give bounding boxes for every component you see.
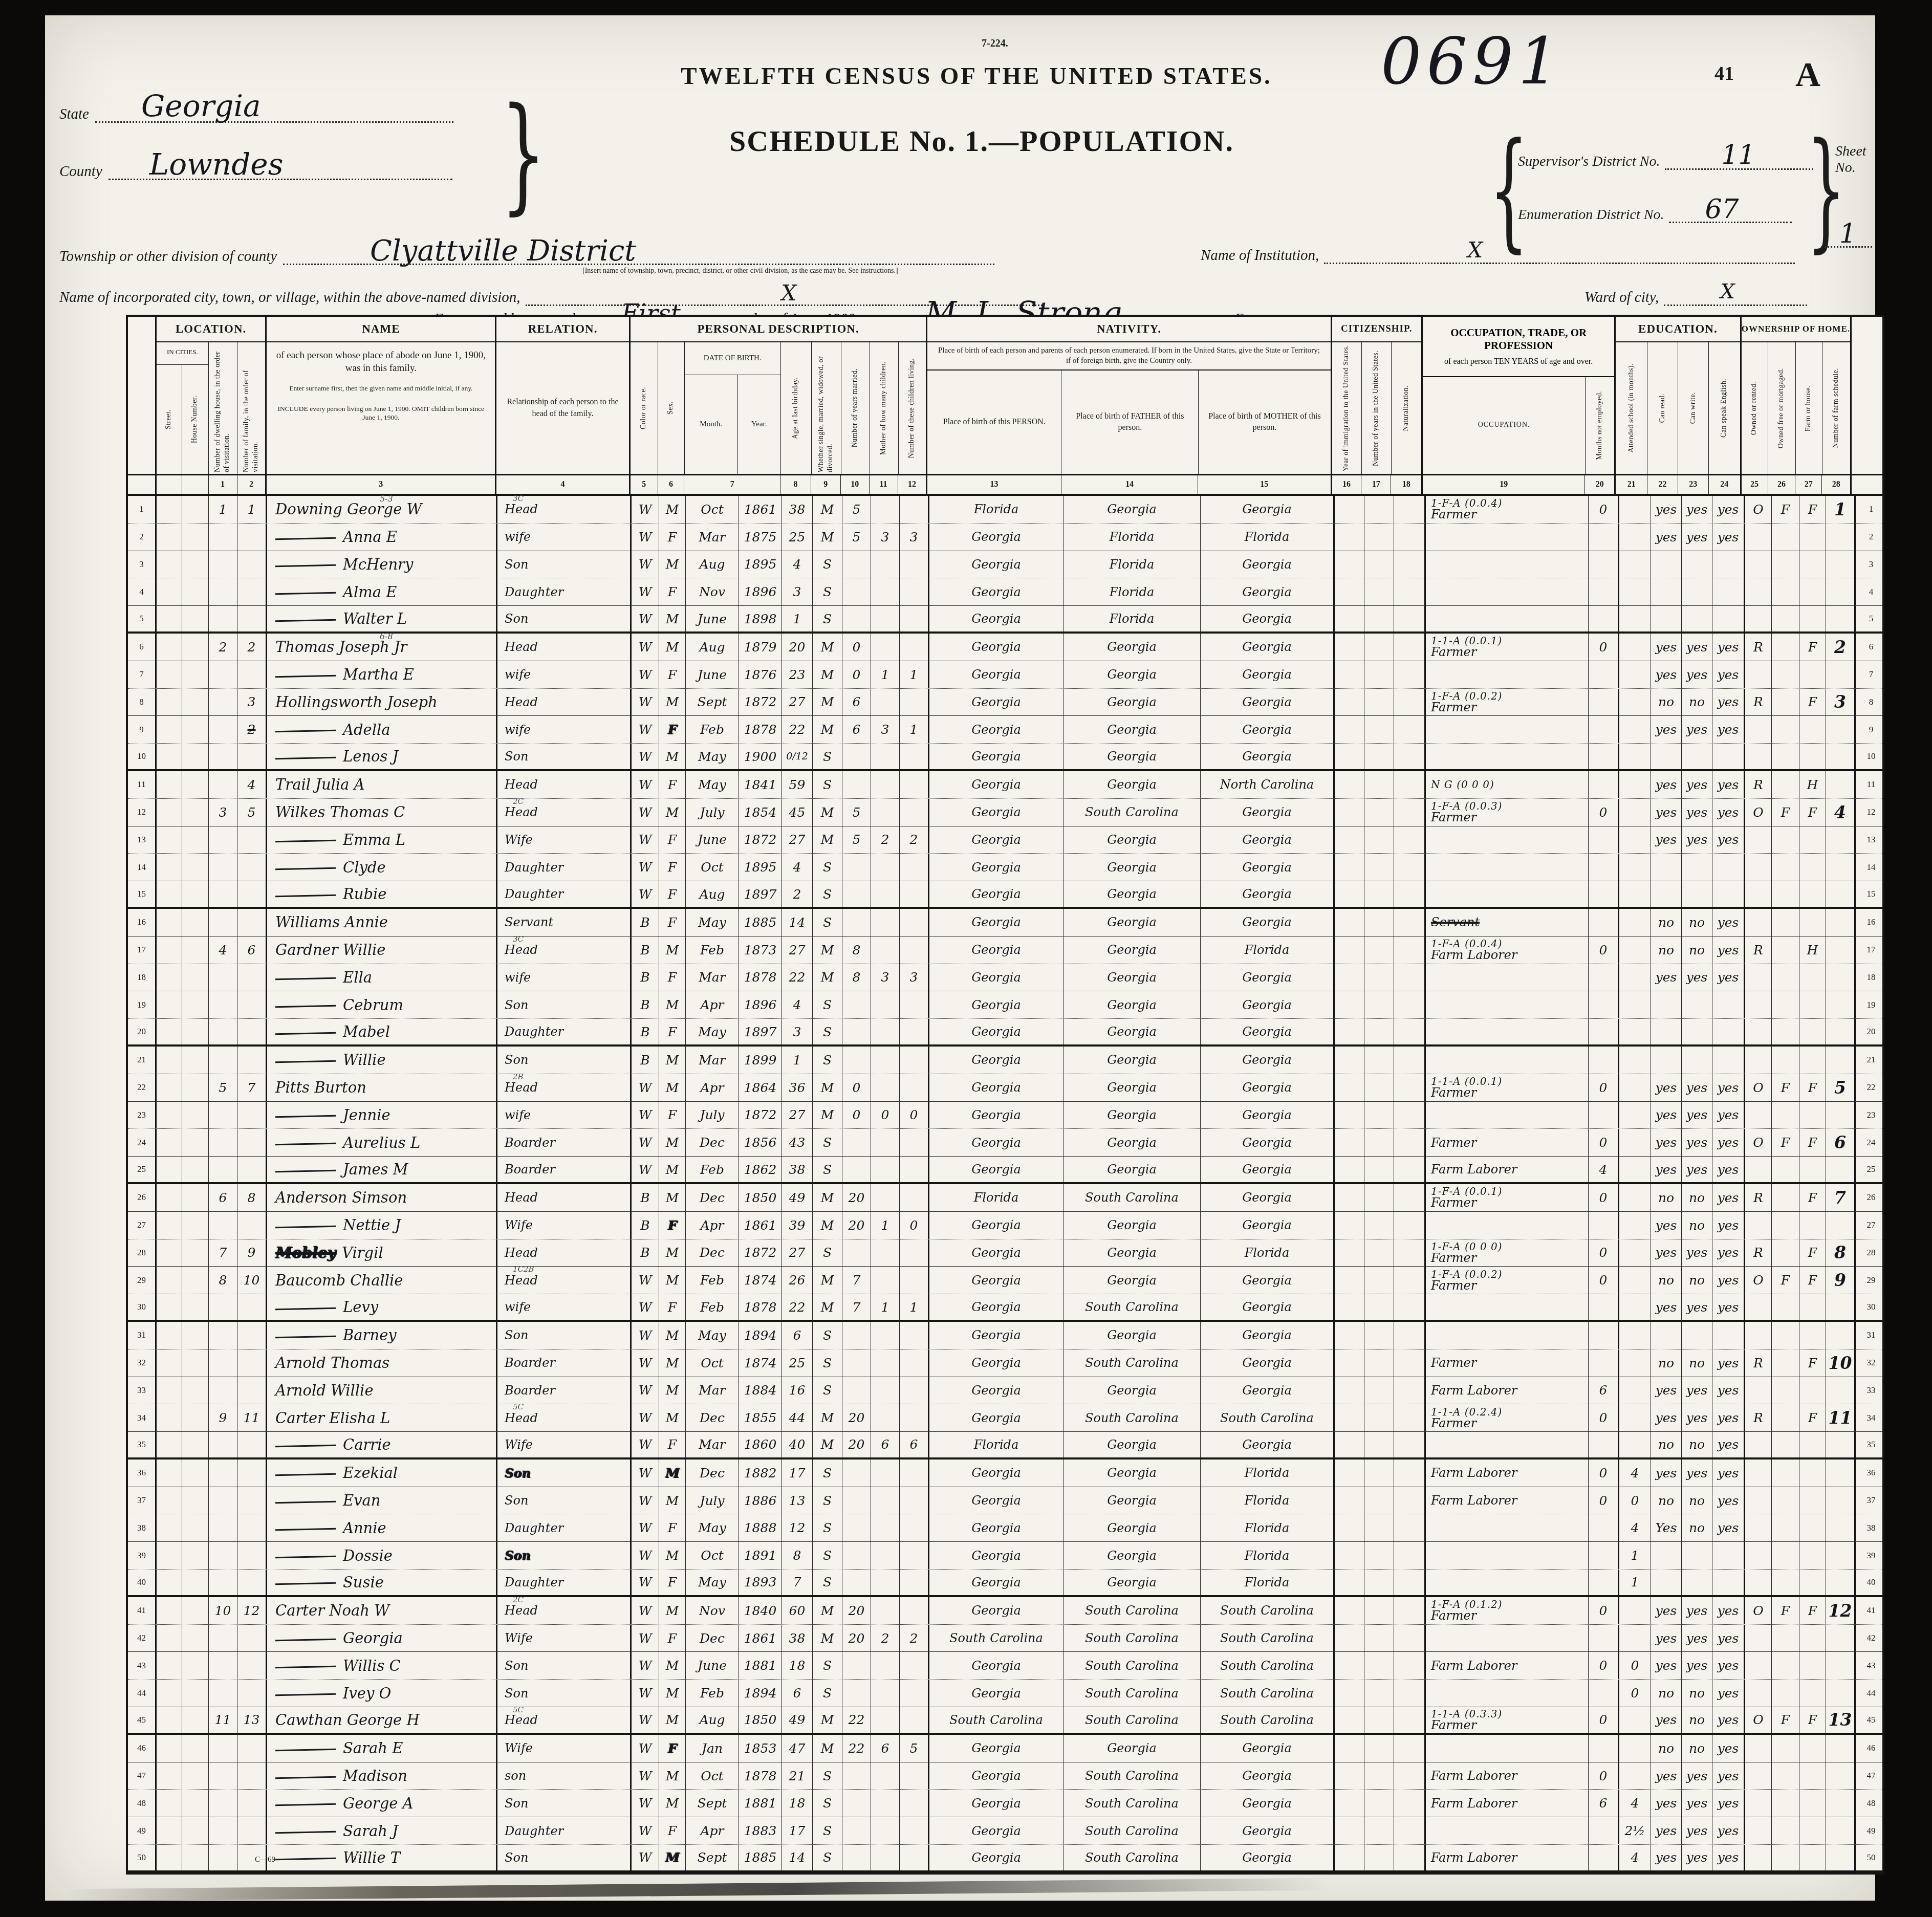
- column-number-20: 20: [1585, 475, 1616, 494]
- cell-attended-school: [1619, 1212, 1651, 1239]
- cell-owned-free-mortgaged: [1772, 1239, 1799, 1267]
- cell-pob-mother: South Carolina: [1201, 1652, 1335, 1679]
- cell-name: Pitts Burton: [267, 1074, 497, 1101]
- cell-can-read: no: [1651, 1487, 1682, 1514]
- cell-marital: M: [813, 689, 842, 716]
- cell-name: Barney: [267, 1322, 497, 1349]
- cell-age: 22: [782, 716, 813, 743]
- cell-relation: Son: [497, 1047, 632, 1074]
- cell-birth-month: Feb: [686, 1157, 739, 1182]
- cell-sex: M: [659, 1790, 686, 1817]
- cell-attended-school: [1619, 964, 1651, 991]
- row-number-right: 18: [1856, 964, 1886, 991]
- cell-birth-year: 1861: [739, 1625, 782, 1652]
- cell-pob-father: South Carolina: [1063, 1597, 1201, 1624]
- col-house-number: House Number.: [190, 396, 200, 443]
- cell-family: [237, 1652, 267, 1679]
- cell-marital: M: [813, 964, 842, 991]
- cell-can-read: yes: [1651, 1817, 1682, 1844]
- cell-marital: M: [813, 1625, 842, 1652]
- cell-owned-free-mortgaged: F: [1772, 799, 1799, 826]
- cell-years-in-us: [1364, 1184, 1394, 1211]
- cell-marital: M: [813, 936, 842, 964]
- row-number-left: 40: [128, 1570, 157, 1595]
- cell-owned-free-mortgaged: [1772, 1294, 1799, 1320]
- cell-dwelling: 2: [209, 634, 237, 661]
- table-row: 40SusieDaughterWFMay18937SGeorgiaGeorgia…: [128, 1570, 1882, 1597]
- cell-owned-free-mortgaged: [1772, 1349, 1799, 1377]
- cell-dwelling: 11: [209, 1707, 237, 1733]
- cell-months-not-employed: [1589, 1432, 1619, 1457]
- cell-name: Annie: [267, 1514, 497, 1541]
- cell-pob-mother: Georgia: [1201, 1129, 1335, 1156]
- cell-marital: M: [813, 1404, 842, 1431]
- cell-mother-of: [871, 771, 900, 798]
- column-number-27: 27: [1795, 475, 1822, 494]
- group-personal: PERSONAL DESCRIPTION. Color or race. Sex…: [631, 317, 928, 474]
- cell-name: Arnold Willie: [267, 1377, 497, 1404]
- cell-can-speak-english: yes: [1712, 1735, 1745, 1762]
- table-row: 20MabelDaughterBFMay18973SGeorgiaGeorgia…: [128, 1019, 1882, 1047]
- cell-relation: Head: [497, 689, 632, 716]
- cell-occupation: Farm Laborer: [1426, 1790, 1589, 1817]
- cell-months-not-employed: 6: [1589, 1377, 1619, 1404]
- cell-birth-year: 1873: [739, 936, 782, 964]
- cell-color: W: [632, 578, 659, 605]
- row-number-left: 10: [128, 744, 157, 769]
- cell-years-married: 22: [842, 1735, 871, 1762]
- cell-dwelling: [209, 1817, 237, 1844]
- row-number-right: 47: [1856, 1762, 1886, 1790]
- row-number-left: 28: [128, 1239, 157, 1267]
- cell-age: 1: [782, 1047, 813, 1074]
- cell-children-living: [900, 1019, 929, 1044]
- cell-months-not-employed: [1589, 854, 1619, 881]
- cell-color: W: [632, 771, 659, 798]
- row-number-left: 9: [128, 716, 157, 743]
- cell-owned-free-mortgaged: [1772, 1680, 1799, 1707]
- cell-owned-free-mortgaged: [1772, 1184, 1799, 1211]
- cell-pob-person: Florida: [929, 1432, 1063, 1457]
- cell-occupation: N G (0 0 0): [1426, 771, 1589, 798]
- cell-color: B: [632, 991, 659, 1018]
- cell-months-not-employed: [1589, 744, 1619, 769]
- table-header: LOCATION. IN CITIES. Street. House Numbe…: [128, 317, 1882, 475]
- cell-owned-rented: [1745, 964, 1772, 991]
- cell-street: [157, 1294, 182, 1320]
- cell-can-write: yes: [1682, 1129, 1712, 1156]
- cell-farm-or-house: [1799, 744, 1826, 769]
- cell-occupation: 1-F-A (0.0.4)Farm Laborer: [1426, 936, 1589, 964]
- cell-can-write: no: [1682, 1487, 1712, 1514]
- cell-months-not-employed: [1589, 1514, 1619, 1541]
- cell-pob-mother: Georgia: [1201, 854, 1335, 881]
- cell-sex: F: [659, 909, 686, 936]
- cell-pob-father: South Carolina: [1063, 1294, 1201, 1320]
- cell-immigration-year: [1335, 991, 1364, 1018]
- cell-family: [237, 1817, 267, 1844]
- cell-mother-of: [871, 936, 900, 964]
- cell-immigration-year: [1335, 936, 1364, 964]
- cell-years-married: [842, 1790, 871, 1817]
- column-number-12: 12: [898, 475, 928, 494]
- cell-children-living: 1: [900, 716, 929, 743]
- row-number-left: 11: [128, 771, 157, 798]
- cell-pob-person: Georgia: [929, 854, 1063, 881]
- table-row: 29810Baucomb Challie1C2BHeadWMFeb187426M…: [128, 1267, 1882, 1294]
- cell-years-in-us: [1364, 689, 1394, 716]
- cell-years-married: [842, 1652, 871, 1679]
- cell-birth-year: 1878: [739, 716, 782, 743]
- cell-marital: M: [813, 1102, 842, 1129]
- cell-farm-or-house: [1799, 1817, 1826, 1844]
- cell-owned-free-mortgaged: [1772, 1377, 1799, 1404]
- cell-street: [157, 1184, 182, 1211]
- cell-house: [182, 936, 209, 964]
- cell-pob-mother: Georgia: [1201, 578, 1335, 605]
- cell-occupation: Servant: [1426, 909, 1589, 936]
- cell-occupation: [1426, 744, 1589, 769]
- row-number-right: 39: [1856, 1542, 1886, 1569]
- cell-house: [182, 1019, 209, 1044]
- cell-pob-mother: Georgia: [1201, 909, 1335, 936]
- census-scan-page: { "form_code": "7-224.", "title": "TWELF…: [0, 0, 1932, 1917]
- cell-pob-mother: North Carolina: [1201, 771, 1335, 798]
- cell-can-speak-english: yes: [1712, 496, 1745, 523]
- row-number-left: 45: [128, 1707, 157, 1733]
- cell-relation: 5CHead: [497, 1707, 632, 1733]
- cell-birth-month: Feb: [686, 1267, 739, 1294]
- cell-attended-school: 0: [1619, 1680, 1651, 1707]
- cell-pob-person: Georgia: [929, 1487, 1063, 1514]
- cell-naturalization: [1394, 578, 1426, 605]
- cell-birth-year: 1883: [739, 1817, 782, 1844]
- cell-years-in-us: [1364, 1212, 1394, 1239]
- cell-owned-rented: O: [1745, 496, 1772, 523]
- cell-name: Evan: [267, 1487, 497, 1514]
- col-marital-status: Whether single, married, widowed, or div…: [817, 344, 835, 472]
- cell-years-in-us: [1364, 991, 1394, 1018]
- cell-can-speak-english: [1712, 881, 1745, 907]
- table-row: 6226-8Thomas Joseph JrHeadWMAug187920M0G…: [128, 634, 1882, 661]
- cell-farm-schedule: 3: [1826, 689, 1856, 716]
- cell-age: 26: [782, 1267, 813, 1294]
- cell-name: McHenry: [267, 551, 497, 578]
- cell-age: 43: [782, 1129, 813, 1156]
- cell-immigration-year: [1335, 1047, 1364, 1074]
- cell-can-read: yes: [1651, 524, 1682, 551]
- relation-desc: Relationship of each person to the head …: [506, 397, 619, 420]
- cell-relation: Boarder: [497, 1157, 632, 1182]
- cell-sex: M: [659, 1184, 686, 1211]
- cell-children-living: [900, 1322, 929, 1349]
- cell-occupation: [1426, 1542, 1589, 1569]
- cell-mother-of: 0: [871, 1102, 900, 1129]
- cell-children-living: [900, 799, 929, 826]
- cell-street: [157, 1707, 182, 1733]
- cell-pob-father: South Carolina: [1063, 1707, 1201, 1733]
- cell-family: [237, 1570, 267, 1595]
- cell-birth-year: 1878: [739, 1294, 782, 1320]
- cell-mother-of: [871, 799, 900, 826]
- cell-birth-year: 1891: [739, 1542, 782, 1569]
- cell-can-read: yes: [1651, 1404, 1682, 1431]
- cell-owned-rented: [1745, 881, 1772, 907]
- cell-birth-month: Mar: [686, 964, 739, 991]
- cell-farm-or-house: [1799, 1294, 1826, 1320]
- cell-family: [237, 1542, 267, 1569]
- cell-years-married: [842, 1570, 871, 1595]
- cell-marital: S: [813, 1817, 842, 1844]
- cell-name: Anna E: [267, 524, 497, 551]
- table-row: 1115-3Downing George W3CHeadWMOct186138M…: [128, 496, 1882, 524]
- column-number-1: 1: [209, 475, 237, 494]
- cell-years-married: 20: [842, 1597, 871, 1624]
- cell-pob-father: Georgia: [1063, 1157, 1201, 1182]
- row-number-left: 27: [128, 1212, 157, 1239]
- cell-relation: Son: [497, 606, 632, 631]
- cell-family: [237, 991, 267, 1018]
- row-number-left: 37: [128, 1487, 157, 1514]
- cell-street: [157, 1349, 182, 1377]
- row-number-right: 46: [1856, 1735, 1886, 1762]
- cell-naturalization: [1394, 1047, 1426, 1074]
- cell-birth-year: 1856: [739, 1129, 782, 1156]
- cell-can-read: yes: [1651, 1239, 1682, 1267]
- cell-mother-of: [871, 1019, 900, 1044]
- cell-pob-person: Florida: [929, 496, 1063, 523]
- cell-occupation: [1426, 716, 1589, 743]
- cell-name: Alma E: [267, 578, 497, 605]
- cell-family: [237, 1102, 267, 1129]
- cell-street: [157, 716, 182, 743]
- row-number-right: 48: [1856, 1790, 1886, 1817]
- row-number-left: 34: [128, 1404, 157, 1431]
- column-number-22: 22: [1647, 475, 1678, 494]
- row-number-right: 16: [1856, 909, 1886, 936]
- cell-years-married: [842, 991, 871, 1018]
- cell-house: [182, 1157, 209, 1182]
- row-number-left: 32: [128, 1349, 157, 1377]
- cell-pob-father: South Carolina: [1063, 1652, 1201, 1679]
- cell-name: Dossie: [267, 1542, 497, 1569]
- row-number-right: 38: [1856, 1514, 1886, 1541]
- cell-mother-of: [871, 1074, 900, 1101]
- cell-years-married: 6: [842, 716, 871, 743]
- cell-years-married: 7: [842, 1267, 871, 1294]
- institution-label: Name of Institution,: [1201, 247, 1319, 264]
- cell-can-read: [1651, 1542, 1682, 1569]
- cell-owned-rented: R: [1745, 1349, 1772, 1377]
- cell-attended-school: [1619, 936, 1651, 964]
- cell-owned-free-mortgaged: [1772, 1652, 1799, 1679]
- row-number-left: 33: [128, 1377, 157, 1404]
- cell-age: 27: [782, 936, 813, 964]
- cell-naturalization: [1394, 1267, 1426, 1294]
- col-birth-month: Month.: [685, 375, 738, 474]
- cell-dwelling: [209, 771, 237, 798]
- cell-months-not-employed: 0: [1589, 1404, 1619, 1431]
- cell-immigration-year: [1335, 1735, 1364, 1762]
- cell-street: [157, 661, 182, 688]
- cell-months-not-employed: [1589, 771, 1619, 798]
- cell-dwelling: [209, 991, 237, 1018]
- cell-sex: M: [659, 1267, 686, 1294]
- cell-relation: Son: [497, 744, 632, 769]
- table-row: 38AnnieDaughterWFMay188812SGeorgiaGeorgi…: [128, 1514, 1882, 1542]
- cell-occupation: [1426, 854, 1589, 881]
- cell-pob-mother: Georgia: [1201, 1267, 1335, 1294]
- cell-can-speak-english: [1712, 991, 1745, 1018]
- cell-family: [237, 1790, 267, 1817]
- table-row: 2257Pitts Burton2BHeadWMApr186436M0Georg…: [128, 1074, 1882, 1102]
- cell-owned-free-mortgaged: F: [1772, 1074, 1799, 1101]
- cell-birth-month: Nov: [686, 1597, 739, 1624]
- cell-family: [237, 1322, 267, 1349]
- cell-can-write: no: [1682, 1735, 1712, 1762]
- cell-street: [157, 799, 182, 826]
- cell-birth-month: Dec: [686, 1459, 739, 1487]
- cell-birth-month: Mar: [686, 1377, 739, 1404]
- cell-pob-person: Georgia: [929, 936, 1063, 964]
- cell-owned-rented: R: [1745, 1239, 1772, 1267]
- cell-months-not-employed: 0: [1589, 1762, 1619, 1790]
- cell-sex: M: [659, 1459, 686, 1487]
- cell-months-not-employed: [1589, 1817, 1619, 1844]
- cell-years-married: [842, 1680, 871, 1707]
- col-farm-or-house: Farm or house.: [1804, 385, 1813, 431]
- cell-farm-or-house: [1799, 1102, 1826, 1129]
- cell-naturalization: [1394, 1239, 1426, 1267]
- cell-children-living: [900, 1542, 929, 1569]
- cell-pob-mother: Florida: [1201, 1542, 1335, 1569]
- cell-immigration-year: [1335, 1377, 1364, 1404]
- cell-immigration-year: [1335, 1817, 1364, 1844]
- cell-house: [182, 689, 209, 716]
- cell-occupation: [1426, 1817, 1589, 1844]
- cell-farm-schedule: 7: [1826, 1184, 1856, 1211]
- cell-name: Arnold Thomas: [267, 1349, 497, 1377]
- cell-owned-rented: [1745, 826, 1772, 854]
- cell-relation: wife: [497, 964, 632, 991]
- cell-pob-father: Florida: [1063, 524, 1201, 551]
- cell-years-in-us: [1364, 1570, 1394, 1595]
- cell-years-in-us: [1364, 1735, 1394, 1762]
- cell-pob-mother: Georgia: [1201, 1294, 1335, 1320]
- cell-street: [157, 1790, 182, 1817]
- cell-pob-father: South Carolina: [1063, 1762, 1201, 1790]
- cell-can-speak-english: yes: [1712, 1459, 1745, 1487]
- cell-sex: F: [659, 826, 686, 854]
- township-note: [Insert name of township, town, precinct…: [582, 267, 898, 275]
- cell-street: [157, 1432, 182, 1457]
- cell-can-write: yes: [1682, 1817, 1712, 1844]
- group-citizenship-title: CITIZENSHIP.: [1332, 317, 1422, 342]
- cell-years-married: [842, 578, 871, 605]
- cell-attended-school: [1619, 1404, 1651, 1431]
- cell-immigration-year: [1335, 524, 1364, 551]
- cell-owned-free-mortgaged: [1772, 551, 1799, 578]
- cell-immigration-year: [1335, 909, 1364, 936]
- cell-age: 27: [782, 826, 813, 854]
- cell-naturalization: [1394, 1817, 1426, 1844]
- census-sheet: 7-224. TWELFTH CENSUS OF THE UNITED STAT…: [45, 15, 1875, 1901]
- cell-farm-or-house: F: [1799, 1349, 1826, 1377]
- cell-birth-year: 1885: [739, 1845, 782, 1870]
- cell-birth-month: June: [686, 661, 739, 688]
- cell-age: 59: [782, 771, 813, 798]
- cell-pob-mother: South Carolina: [1201, 1680, 1335, 1707]
- cell-months-not-employed: 0: [1589, 1707, 1619, 1733]
- col-occupation: OCCUPATION.: [1423, 377, 1586, 474]
- cell-immigration-year: [1335, 964, 1364, 991]
- cell-pob-person: Georgia: [929, 1047, 1063, 1074]
- cell-house: [182, 606, 209, 631]
- cell-children-living: [900, 1239, 929, 1267]
- cell-house: [182, 1294, 209, 1320]
- cell-street: [157, 1267, 182, 1294]
- cell-owned-rented: [1745, 1652, 1772, 1679]
- cell-pob-mother: South Carolina: [1201, 1707, 1335, 1733]
- cell-age: 18: [782, 1790, 813, 1817]
- cell-owned-rented: [1745, 551, 1772, 578]
- cell-pob-person: Georgia: [929, 1404, 1063, 1431]
- cell-can-speak-english: [1712, 551, 1745, 578]
- cell-dwelling: 3: [209, 799, 237, 826]
- cell-can-read: [1651, 1047, 1682, 1074]
- cell-color: W: [632, 1157, 659, 1182]
- cell-attended-school: 1: [1619, 1570, 1651, 1595]
- cell-years-in-us: [1364, 1267, 1394, 1294]
- cell-pob-father: Georgia: [1063, 991, 1201, 1018]
- col-dwelling-number: Number of dwelling house, in the order o…: [213, 344, 232, 472]
- cell-years-in-us: [1364, 854, 1394, 881]
- cell-mother-of: [871, 496, 900, 523]
- cell-farm-or-house: F: [1799, 1184, 1826, 1211]
- cell-immigration-year: [1335, 689, 1364, 716]
- col-years-in-us: Number of years in the United States.: [1372, 351, 1381, 466]
- cell-marital: S: [813, 1514, 842, 1541]
- cell-house: [182, 991, 209, 1018]
- cell-can-speak-english: yes: [1712, 1074, 1745, 1101]
- cell-birth-month: Oct: [686, 1542, 739, 1569]
- cell-owned-free-mortgaged: F: [1772, 1129, 1799, 1156]
- table-row: 4Alma EDaughterWFNov18963SGeorgiaFlorida…: [128, 578, 1882, 606]
- cell-marital: S: [813, 1845, 842, 1870]
- column-number-28: 28: [1822, 475, 1852, 494]
- cell-can-speak-english: yes: [1712, 1129, 1745, 1156]
- cell-can-write: yes: [1682, 1459, 1712, 1487]
- cell-farm-schedule: 10: [1826, 1349, 1856, 1377]
- cell-years-married: [842, 606, 871, 631]
- cell-can-speak-english: yes: [1712, 716, 1745, 743]
- cell-years-in-us: [1364, 1129, 1394, 1156]
- cell-dwelling: [209, 1680, 237, 1707]
- cell-mother-of: [871, 1239, 900, 1267]
- cell-owned-rented: [1745, 1790, 1772, 1817]
- cell-months-not-employed: 0: [1589, 1129, 1619, 1156]
- cell-can-read: [1651, 551, 1682, 578]
- cell-children-living: [900, 578, 929, 605]
- cell-color: W: [632, 1074, 659, 1101]
- cell-pob-father: Georgia: [1063, 909, 1201, 936]
- table-row: 32Arnold ThomasBoarderWMOct187425SGeorgi…: [128, 1349, 1882, 1377]
- row-number-left: 15: [128, 881, 157, 907]
- cell-farm-schedule: 5: [1826, 1074, 1856, 1101]
- cell-naturalization: [1394, 1459, 1426, 1487]
- cell-name: Ella: [267, 964, 497, 991]
- cell-naturalization: [1394, 1790, 1426, 1817]
